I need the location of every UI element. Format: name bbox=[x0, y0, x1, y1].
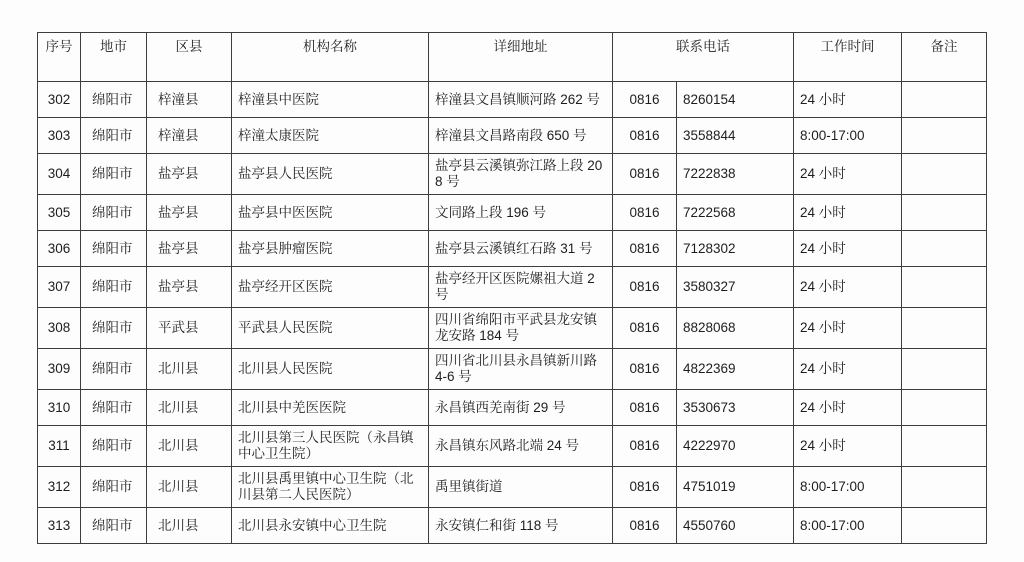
table-row: 307 绵阳市 盐亭县 盐亭经开区医院 盐亭经开区医院嫘祖大道 2 号 0816… bbox=[38, 267, 987, 308]
cell-phone-number: 3580327 bbox=[677, 267, 794, 308]
cell-remark bbox=[902, 308, 987, 349]
cell-working-hours: 24 小时 bbox=[794, 426, 902, 467]
cell-city: 绵阳市 bbox=[81, 118, 147, 154]
cell-remark bbox=[902, 467, 987, 508]
cell-working-hours: 24 小时 bbox=[794, 154, 902, 195]
cell-index: 311 bbox=[38, 426, 81, 467]
cell-area-code: 0816 bbox=[613, 154, 677, 195]
table-row: 302 绵阳市 梓潼县 梓潼县中医院 梓潼县文昌镇顺河路 262 号 0816 … bbox=[38, 82, 987, 118]
cell-remark bbox=[902, 82, 987, 118]
header-cell-index: 序号 bbox=[38, 33, 81, 82]
cell-institution-name: 盐亭县中医医院 bbox=[232, 195, 429, 231]
table-row: 309 绵阳市 北川县 北川县人民医院 四川省北川县永昌镇新川路 4-6 号 0… bbox=[38, 349, 987, 390]
cell-address: 梓潼县文昌镇顺河路 262 号 bbox=[429, 82, 613, 118]
cell-area-code: 0816 bbox=[613, 349, 677, 390]
cell-working-hours: 24 小时 bbox=[794, 195, 902, 231]
cell-working-hours: 24 小时 bbox=[794, 308, 902, 349]
cell-remark bbox=[902, 118, 987, 154]
cell-address: 禹里镇街道 bbox=[429, 467, 613, 508]
cell-address: 四川省北川县永昌镇新川路 4-6 号 bbox=[429, 349, 613, 390]
header-cell-hours: 工作时间 bbox=[794, 33, 902, 82]
cell-index: 308 bbox=[38, 308, 81, 349]
cell-institution-name: 梓潼太康医院 bbox=[232, 118, 429, 154]
cell-area-code: 0816 bbox=[613, 195, 677, 231]
cell-district: 盐亭县 bbox=[147, 195, 232, 231]
cell-city: 绵阳市 bbox=[81, 82, 147, 118]
cell-area-code: 0816 bbox=[613, 467, 677, 508]
table-row: 310 绵阳市 北川县 北川县中羌医医院 永昌镇西羌南街 29 号 0816 3… bbox=[38, 390, 987, 426]
header-row: 序号 地市 区县 机构名称 详细地址 联系电话 工作时间 备注 bbox=[38, 33, 987, 82]
cell-city: 绵阳市 bbox=[81, 390, 147, 426]
table-row: 303 绵阳市 梓潼县 梓潼太康医院 梓潼县文昌路南段 650 号 0816 3… bbox=[38, 118, 987, 154]
cell-district: 北川县 bbox=[147, 508, 232, 544]
cell-address: 文同路上段 196 号 bbox=[429, 195, 613, 231]
cell-phone-number: 7222838 bbox=[677, 154, 794, 195]
table-row: 311 绵阳市 北川县 北川县第三人民医院（永昌镇中心卫生院） 永昌镇东风路北端… bbox=[38, 426, 987, 467]
cell-institution-name: 北川县人民医院 bbox=[232, 349, 429, 390]
cell-area-code: 0816 bbox=[613, 267, 677, 308]
cell-area-code: 0816 bbox=[613, 426, 677, 467]
cell-address: 盐亭县云溪镇红石路 31 号 bbox=[429, 231, 613, 267]
cell-remark bbox=[902, 154, 987, 195]
cell-phone-number: 8260154 bbox=[677, 82, 794, 118]
cell-index: 312 bbox=[38, 467, 81, 508]
cell-address: 四川省绵阳市平武县龙安镇龙安路 184 号 bbox=[429, 308, 613, 349]
cell-city: 绵阳市 bbox=[81, 267, 147, 308]
cell-index: 302 bbox=[38, 82, 81, 118]
cell-index: 304 bbox=[38, 154, 81, 195]
cell-phone-number: 3530673 bbox=[677, 390, 794, 426]
cell-area-code: 0816 bbox=[613, 390, 677, 426]
cell-index: 305 bbox=[38, 195, 81, 231]
cell-area-code: 0816 bbox=[613, 308, 677, 349]
cell-city: 绵阳市 bbox=[81, 154, 147, 195]
cell-phone-number: 7128302 bbox=[677, 231, 794, 267]
cell-remark bbox=[902, 390, 987, 426]
cell-remark bbox=[902, 267, 987, 308]
cell-institution-name: 北川县中羌医医院 bbox=[232, 390, 429, 426]
cell-address: 永昌镇西羌南街 29 号 bbox=[429, 390, 613, 426]
cell-institution-name: 盐亭经开区医院 bbox=[232, 267, 429, 308]
cell-city: 绵阳市 bbox=[81, 426, 147, 467]
cell-institution-name: 北川县第三人民医院（永昌镇中心卫生院） bbox=[232, 426, 429, 467]
header-cell-city: 地市 bbox=[81, 33, 147, 82]
cell-district: 平武县 bbox=[147, 308, 232, 349]
cell-remark bbox=[902, 195, 987, 231]
cell-working-hours: 8:00-17:00 bbox=[794, 467, 902, 508]
cell-phone-number: 4550760 bbox=[677, 508, 794, 544]
cell-address: 梓潼县文昌路南段 650 号 bbox=[429, 118, 613, 154]
cell-index: 310 bbox=[38, 390, 81, 426]
header-cell-district: 区县 bbox=[147, 33, 232, 82]
table-row: 312 绵阳市 北川县 北川县禹里镇中心卫生院（北川县第二人民医院） 禹里镇街道… bbox=[38, 467, 987, 508]
cell-remark bbox=[902, 349, 987, 390]
cell-working-hours: 8:00-17:00 bbox=[794, 118, 902, 154]
cell-phone-number: 3558844 bbox=[677, 118, 794, 154]
cell-city: 绵阳市 bbox=[81, 467, 147, 508]
cell-institution-name: 北川县禹里镇中心卫生院（北川县第二人民医院） bbox=[232, 467, 429, 508]
table-row: 305 绵阳市 盐亭县 盐亭县中医医院 文同路上段 196 号 0816 722… bbox=[38, 195, 987, 231]
cell-district: 北川县 bbox=[147, 349, 232, 390]
cell-address: 盐亭经开区医院嫘祖大道 2 号 bbox=[429, 267, 613, 308]
cell-district: 盐亭县 bbox=[147, 267, 232, 308]
cell-index: 309 bbox=[38, 349, 81, 390]
cell-area-code: 0816 bbox=[613, 118, 677, 154]
cell-city: 绵阳市 bbox=[81, 195, 147, 231]
cell-index: 306 bbox=[38, 231, 81, 267]
table-row: 304 绵阳市 盐亭县 盐亭县人民医院 盐亭县云溪镇弥江路上段 208 号 08… bbox=[38, 154, 987, 195]
cell-district: 盐亭县 bbox=[147, 154, 232, 195]
cell-phone-number: 4751019 bbox=[677, 467, 794, 508]
cell-district: 梓潼县 bbox=[147, 82, 232, 118]
cell-district: 北川县 bbox=[147, 467, 232, 508]
cell-address: 永昌镇东风路北端 24 号 bbox=[429, 426, 613, 467]
cell-phone-number: 7222568 bbox=[677, 195, 794, 231]
cell-remark bbox=[902, 508, 987, 544]
cell-index: 303 bbox=[38, 118, 81, 154]
cell-institution-name: 平武县人民医院 bbox=[232, 308, 429, 349]
cell-city: 绵阳市 bbox=[81, 349, 147, 390]
header-cell-address: 详细地址 bbox=[429, 33, 613, 82]
document-page: 序号 地市 区县 机构名称 详细地址 联系电话 工作时间 备注 302 绵阳市 … bbox=[0, 0, 1024, 562]
cell-institution-name: 盐亭县人民医院 bbox=[232, 154, 429, 195]
table-header: 序号 地市 区县 机构名称 详细地址 联系电话 工作时间 备注 bbox=[38, 33, 987, 82]
cell-phone-number: 4222970 bbox=[677, 426, 794, 467]
header-cell-remark: 备注 bbox=[902, 33, 987, 82]
cell-city: 绵阳市 bbox=[81, 508, 147, 544]
cell-area-code: 0816 bbox=[613, 231, 677, 267]
cell-address: 永安镇仁和街 118 号 bbox=[429, 508, 613, 544]
header-cell-name: 机构名称 bbox=[232, 33, 429, 82]
table-body: 302 绵阳市 梓潼县 梓潼县中医院 梓潼县文昌镇顺河路 262 号 0816 … bbox=[38, 82, 987, 544]
cell-working-hours: 24 小时 bbox=[794, 349, 902, 390]
hospital-table: 序号 地市 区县 机构名称 详细地址 联系电话 工作时间 备注 302 绵阳市 … bbox=[37, 32, 987, 544]
cell-phone-number: 8828068 bbox=[677, 308, 794, 349]
cell-city: 绵阳市 bbox=[81, 231, 147, 267]
header-cell-phone: 联系电话 bbox=[613, 33, 794, 82]
cell-working-hours: 24 小时 bbox=[794, 82, 902, 118]
cell-index: 307 bbox=[38, 267, 81, 308]
cell-area-code: 0816 bbox=[613, 82, 677, 118]
cell-district: 盐亭县 bbox=[147, 231, 232, 267]
cell-remark bbox=[902, 231, 987, 267]
cell-working-hours: 24 小时 bbox=[794, 390, 902, 426]
cell-district: 北川县 bbox=[147, 390, 232, 426]
cell-working-hours: 24 小时 bbox=[794, 231, 902, 267]
cell-institution-name: 北川县永安镇中心卫生院 bbox=[232, 508, 429, 544]
cell-district: 梓潼县 bbox=[147, 118, 232, 154]
cell-remark bbox=[902, 426, 987, 467]
cell-index: 313 bbox=[38, 508, 81, 544]
cell-city: 绵阳市 bbox=[81, 308, 147, 349]
table-row: 308 绵阳市 平武县 平武县人民医院 四川省绵阳市平武县龙安镇龙安路 184 … bbox=[38, 308, 987, 349]
cell-area-code: 0816 bbox=[613, 508, 677, 544]
cell-institution-name: 盐亭县肿瘤医院 bbox=[232, 231, 429, 267]
cell-working-hours: 8:00-17:00 bbox=[794, 508, 902, 544]
cell-working-hours: 24 小时 bbox=[794, 267, 902, 308]
table-row: 313 绵阳市 北川县 北川县永安镇中心卫生院 永安镇仁和街 118 号 081… bbox=[38, 508, 987, 544]
table-row: 306 绵阳市 盐亭县 盐亭县肿瘤医院 盐亭县云溪镇红石路 31 号 0816 … bbox=[38, 231, 987, 267]
cell-address: 盐亭县云溪镇弥江路上段 208 号 bbox=[429, 154, 613, 195]
cell-institution-name: 梓潼县中医院 bbox=[232, 82, 429, 118]
cell-phone-number: 4822369 bbox=[677, 349, 794, 390]
cell-district: 北川县 bbox=[147, 426, 232, 467]
